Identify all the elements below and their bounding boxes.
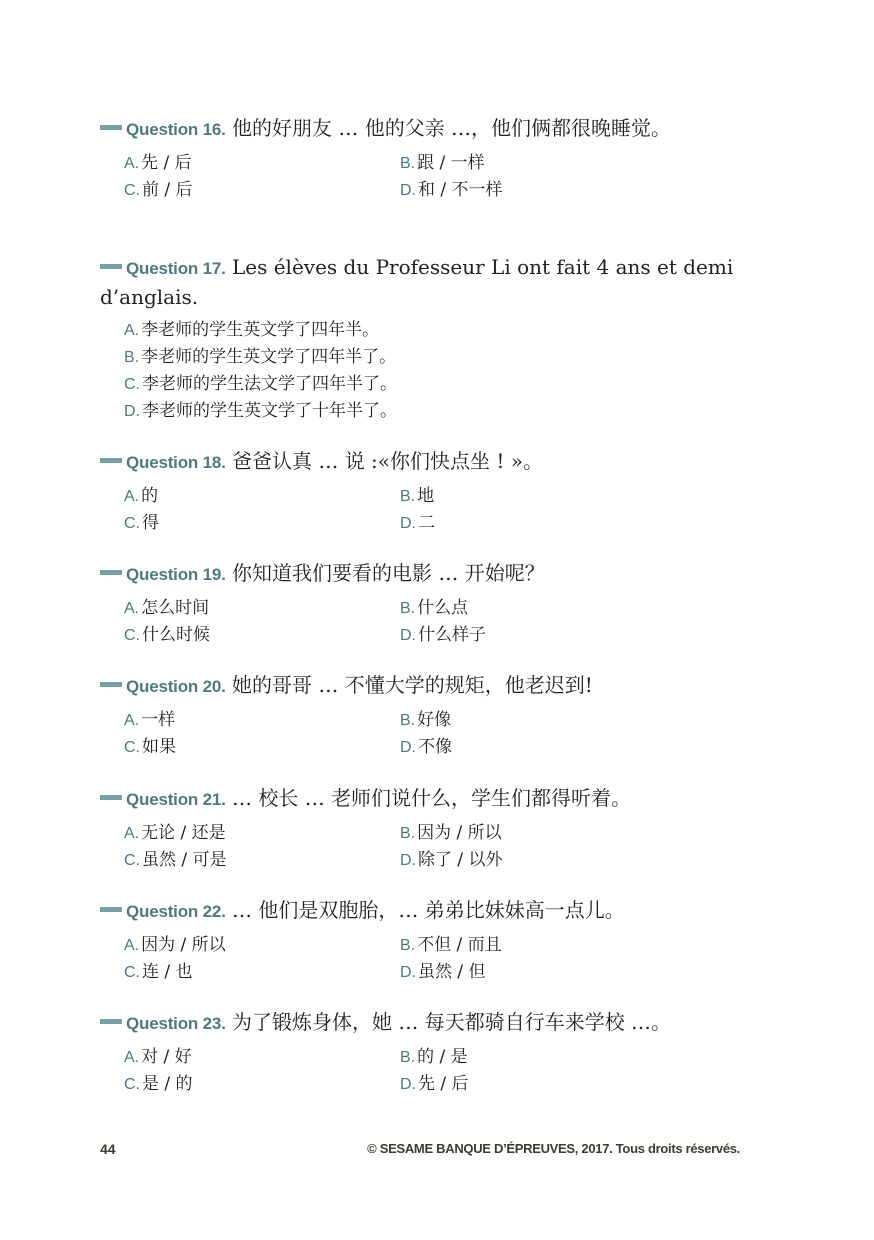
option-letter: C.: [124, 1076, 140, 1093]
option-c[interactable]: C.前 / 后: [124, 177, 400, 204]
bar-marker-icon: [100, 125, 122, 130]
option-b[interactable]: B.地: [400, 483, 700, 510]
option-text: 无论 / 还是: [141, 823, 226, 843]
option-text: 不像: [418, 737, 452, 757]
bar-marker-icon: [100, 570, 122, 575]
option-b[interactable]: B.的 / 是: [400, 1044, 700, 1071]
option-d[interactable]: D.不像: [400, 734, 700, 761]
option-a[interactable]: A.一样: [124, 707, 400, 734]
option-letter: B.: [400, 600, 415, 617]
option-d[interactable]: D.二: [400, 510, 700, 537]
bar-marker-icon: [100, 682, 122, 687]
option-c[interactable]: C.虽然 / 可是: [124, 847, 400, 874]
option-letter: C.: [124, 515, 140, 532]
option-text: 不但 / 而且: [417, 935, 502, 955]
option-a[interactable]: A.对 / 好: [124, 1044, 400, 1071]
page-footer: 44 © SESAME BANQUE D’ÉPREUVES, 2017. Tou…: [100, 1141, 740, 1161]
option-text: 的: [141, 486, 158, 506]
question-title: Question 20. 她的哥哥 … 不懂大学的规矩，他老迟到!: [100, 671, 740, 701]
option-a[interactable]: A.因为 / 所以: [124, 932, 400, 959]
option-c[interactable]: C.是 / 的: [124, 1071, 400, 1098]
option-a[interactable]: A.无论 / 还是: [124, 820, 400, 847]
option-d[interactable]: D.和 / 不一样: [400, 177, 700, 204]
question-18: Question 18. 爸爸认真 … 说 :«你们快点坐 ! »。 A.的 B…: [100, 447, 740, 537]
option-letter: C.: [124, 376, 140, 393]
option-d[interactable]: D.先 / 后: [400, 1071, 700, 1098]
bar-marker-icon: [100, 907, 122, 912]
option-c[interactable]: C.李老师的学生法文学了四年半了。: [124, 371, 397, 398]
question-title: Question 18. 爸爸认真 … 说 :«你们快点坐 ! »。: [100, 447, 740, 477]
option-letter: D.: [400, 964, 416, 981]
option-text: 先 / 后: [418, 1074, 469, 1094]
option-c[interactable]: C.什么时候: [124, 622, 400, 649]
option-text: 前 / 后: [142, 180, 193, 200]
option-a[interactable]: A.的: [124, 483, 400, 510]
option-text: 什么点: [417, 598, 468, 618]
options: A.一样 B.好像 C.如果 D.不像: [100, 707, 740, 761]
option-letter: D.: [400, 852, 416, 869]
option-b[interactable]: B.好像: [400, 707, 700, 734]
option-letter: A.: [124, 488, 139, 505]
question-title: Question 19. 你知道我们要看的电影 … 开始呢？: [100, 559, 740, 589]
option-a[interactable]: A.怎么时间: [124, 595, 400, 622]
option-b[interactable]: B.不但 / 而且: [400, 932, 700, 959]
question-title: Question 23. 为了锻炼身体，她 … 每天都骑自行车来学校 …。: [100, 1008, 740, 1038]
option-letter: A.: [124, 825, 139, 842]
question-text: … 校长 … 老师们说什么，学生们都得听着。: [232, 786, 631, 810]
question-text: … 他们是双胞胎，… 弟弟比妹妹高一点儿。: [232, 898, 625, 922]
option-text: 连 / 也: [142, 962, 193, 982]
option-text: 怎么时间: [141, 598, 209, 618]
option-c[interactable]: C.如果: [124, 734, 400, 761]
question-label: Question 19.: [126, 565, 226, 584]
option-letter: D.: [400, 739, 416, 756]
option-letter: C.: [124, 852, 140, 869]
question-title: Question 17. Les élèves du Professeur Li…: [100, 253, 740, 311]
option-letter: B.: [124, 349, 139, 366]
option-text: 虽然 / 可是: [142, 850, 227, 870]
question-23: Question 23. 为了锻炼身体，她 … 每天都骑自行车来学校 …。 A.…: [100, 1008, 740, 1098]
option-letter: D.: [124, 403, 140, 420]
option-letter: A.: [124, 600, 139, 617]
question-title: Question 21. … 校长 … 老师们说什么，学生们都得听着。: [100, 784, 740, 814]
question-text: 你知道我们要看的电影 … 开始呢？: [232, 561, 545, 585]
option-b[interactable]: B.李老师的学生英文学了四年半了。: [124, 344, 396, 371]
option-text: 是 / 的: [142, 1074, 193, 1094]
option-letter: C.: [124, 739, 140, 756]
option-text: 什么时候: [142, 625, 210, 645]
option-text: 因为 / 所以: [141, 935, 226, 955]
bar-marker-icon: [100, 458, 122, 463]
option-letter: D.: [400, 182, 416, 199]
question-title: Question 16. 他的好朋友 … 他的父亲 …，他们俩都很晚睡觉。: [100, 114, 740, 144]
question-title: Question 22. … 他们是双胞胎，… 弟弟比妹妹高一点儿。: [100, 896, 740, 926]
bar-marker-icon: [100, 1019, 122, 1024]
option-a[interactable]: A.先 / 后: [124, 150, 400, 177]
option-b[interactable]: B.什么点: [400, 595, 700, 622]
option-letter: B.: [400, 155, 415, 172]
options: A.因为 / 所以 B.不但 / 而且 C.连 / 也 D.虽然 / 但: [100, 932, 740, 986]
option-text: 的 / 是: [417, 1047, 468, 1067]
option-b[interactable]: B.跟 / 一样: [400, 150, 700, 177]
options: A.怎么时间 B.什么点 C.什么时候 D.什么样子: [100, 595, 740, 649]
option-letter: A.: [124, 712, 139, 729]
question-22: Question 22. … 他们是双胞胎，… 弟弟比妹妹高一点儿。 A.因为 …: [100, 896, 740, 986]
page-number: 44: [100, 1141, 116, 1157]
question-20: Question 20. 她的哥哥 … 不懂大学的规矩，他老迟到! A.一样 B…: [100, 671, 740, 761]
option-letter: A.: [124, 155, 139, 172]
option-text: 李老师的学生英文学了十年半了。: [142, 401, 397, 421]
option-letter: D.: [400, 515, 416, 532]
option-letter: D.: [400, 1076, 416, 1093]
option-text: 跟 / 一样: [417, 153, 485, 173]
option-text: 除了 / 以外: [418, 850, 503, 870]
question-label: Question 16.: [126, 120, 226, 139]
option-text: 李老师的学生英文学了四年半了。: [141, 347, 396, 367]
option-text: 虽然 / 但: [418, 962, 486, 982]
question-text: 为了锻炼身体，她 … 每天都骑自行车来学校 …。: [232, 1010, 671, 1034]
question-text: 他的好朋友 … 他的父亲 …，他们俩都很晚睡觉。: [232, 116, 671, 140]
option-text: 因为 / 所以: [417, 823, 502, 843]
question-label: Question 17.: [126, 259, 226, 278]
option-b[interactable]: B.因为 / 所以: [400, 820, 700, 847]
option-text: 对 / 好: [141, 1047, 192, 1067]
option-text: 和 / 不一样: [418, 180, 503, 200]
option-letter: D.: [400, 627, 416, 644]
copyright-notice: © SESAME BANQUE D’ÉPREUVES, 2017. Tous d…: [367, 1141, 740, 1156]
option-letter: B.: [400, 825, 415, 842]
option-letter: B.: [400, 1049, 415, 1066]
question-21: Question 21. … 校长 … 老师们说什么，学生们都得听着。 A.无论…: [100, 784, 740, 874]
option-letter: B.: [400, 712, 415, 729]
question-19: Question 19. 你知道我们要看的电影 … 开始呢？ A.怎么时间 B.…: [100, 559, 740, 649]
question-16: Question 16. 他的好朋友 … 他的父亲 …，他们俩都很晚睡觉。 A.…: [100, 114, 740, 204]
option-text: 地: [417, 486, 434, 506]
option-text: 什么样子: [418, 625, 486, 645]
options: A.先 / 后 B.跟 / 一样 C.前 / 后 D.和 / 不一样: [100, 150, 740, 204]
question-label: Question 22.: [126, 902, 226, 921]
option-letter: C.: [124, 182, 140, 199]
option-d[interactable]: D.什么样子: [400, 622, 700, 649]
option-text: 先 / 后: [141, 153, 192, 173]
option-letter: C.: [124, 627, 140, 644]
option-text: 如果: [142, 737, 176, 757]
option-d[interactable]: D.虽然 / 但: [400, 959, 700, 986]
options: A.无论 / 还是 B.因为 / 所以 C.虽然 / 可是 D.除了 / 以外: [100, 820, 740, 874]
bar-marker-icon: [100, 795, 122, 800]
option-c[interactable]: C.得: [124, 510, 400, 537]
option-text: 一样: [141, 710, 175, 730]
question-label: Question 20.: [126, 677, 226, 696]
options: A.的 B.地 C.得 D.二: [100, 483, 740, 537]
option-letter: B.: [400, 937, 415, 954]
question-text: 她的哥哥 … 不懂大学的规矩，他老迟到!: [232, 673, 593, 697]
question-label: Question 21.: [126, 790, 226, 809]
question-17: Question 17. Les élèves du Professeur Li…: [100, 253, 740, 425]
bar-marker-icon: [100, 264, 122, 269]
option-d[interactable]: D.除了 / 以外: [400, 847, 700, 874]
option-text: 李老师的学生英文学了四年半。: [141, 320, 379, 340]
option-a[interactable]: A.李老师的学生英文学了四年半。: [124, 317, 379, 344]
option-c[interactable]: C.连 / 也: [124, 959, 400, 986]
question-label: Question 23.: [126, 1014, 226, 1033]
option-letter: A.: [124, 322, 139, 339]
option-letter: A.: [124, 937, 139, 954]
question-label: Question 18.: [126, 453, 226, 472]
option-letter: B.: [400, 488, 415, 505]
question-text: 爸爸认真 … 说 :«你们快点坐 ! »。: [232, 449, 543, 473]
option-text: 好像: [417, 710, 451, 730]
option-letter: C.: [124, 964, 140, 981]
option-d[interactable]: D.李老师的学生英文学了十年半了。: [124, 398, 397, 425]
option-letter: A.: [124, 1049, 139, 1066]
option-text: 二: [418, 513, 435, 533]
option-text: 得: [142, 513, 159, 533]
options: A.李老师的学生英文学了四年半。 B.李老师的学生英文学了四年半了。 C.李老师…: [100, 317, 740, 425]
options: A.对 / 好 B.的 / 是 C.是 / 的 D.先 / 后: [100, 1044, 740, 1098]
option-text: 李老师的学生法文学了四年半了。: [142, 374, 397, 394]
